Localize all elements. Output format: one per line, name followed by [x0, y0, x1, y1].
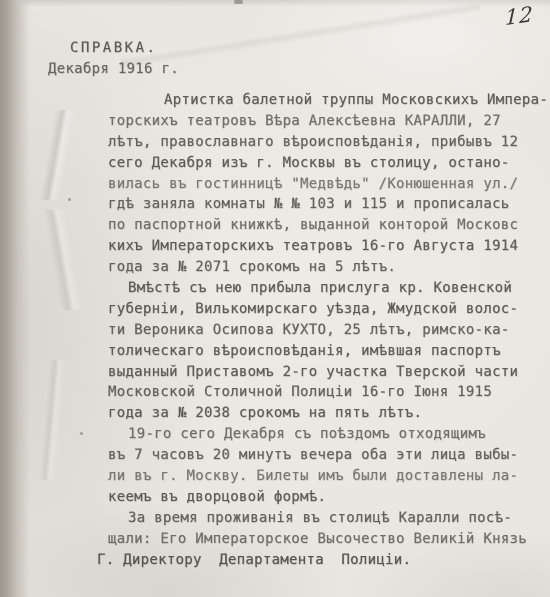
scanned-document-page: 12 СПРАВКА. Декабря 1916 г. Артистка бал…: [0, 0, 550, 597]
text-line: 19-го сего Декабря съ поѣздомъ отходящим…: [108, 424, 550, 445]
text-line: лѣтъ, православнаго вѣроисповѣданія, при…: [108, 132, 550, 153]
text-line: сего Декабря изъ г. Москвы въ столицу, о…: [108, 153, 550, 174]
text-line: Вмѣстѣ съ нею прибыла прислуга кр. Ковен…: [108, 278, 550, 299]
text-line: кеемъ въ дворцовой формѣ.: [108, 487, 550, 508]
text-line: торскихъ театровъ Вѣра Алексѣевна КАРАЛЛ…: [108, 111, 550, 132]
text-line: года за № 2071 срокомъ на 5 лѣтъ.: [108, 257, 550, 278]
text-line: въ 7 часовъ 20 минутъ вечера оба эти лиц…: [108, 445, 550, 466]
paper-crease: [120, 0, 480, 70]
page-number-handwritten: 12: [505, 2, 534, 30]
text-line: года за № 2038 срокомъ на пять лѣтъ.: [108, 403, 550, 424]
paper-speck: [234, 0, 243, 4]
text-line: За время проживанія въ столицѣ Каралли п…: [108, 508, 550, 529]
text-line: кихъ Императорскихъ театровъ 16-го Авгус…: [108, 236, 550, 257]
text-line: губерніи, Вилькомирскаго уѣзда, Жмудской…: [108, 299, 550, 320]
text-line: толическаго вѣроисповѣданія, имѣвшая пас…: [108, 341, 550, 362]
text-line: Московской Столичной Полиціи 16-го Іюня …: [108, 382, 550, 403]
text-line: вилась въ гостинницѣ "Медвѣдь" /Конюшенн…: [108, 174, 550, 195]
text-line: выданный Приставомъ 2-го участка Тверско…: [108, 362, 550, 383]
document-title: СПРАВКА.: [70, 40, 157, 56]
page-edge-shadow: [0, 0, 30, 597]
document-footer-addressee: Г. Директору Департамента Полиціи.: [97, 552, 411, 568]
paper-speck: [80, 432, 83, 435]
document-date: Декабря 1916 г.: [48, 61, 179, 77]
document-body: Артистка балетной труппы Московскихъ Имп…: [108, 90, 550, 550]
text-line: по паспортной книжкѣ, выданной конторой …: [108, 215, 550, 236]
text-line: Артистка балетной труппы Московскихъ Имп…: [108, 90, 550, 111]
text-line: щали: Его Императорское Высочество Велик…: [108, 529, 550, 550]
text-line: гдѣ заняла комнаты № № 103 и 115 и пропи…: [108, 194, 550, 215]
paper-speck: [68, 198, 71, 201]
text-line: ли въ г. Москву. Билеты имъ были доставл…: [108, 466, 550, 487]
text-line: ти Вероника Осипова КУХТО, 25 лѣтъ, римс…: [108, 320, 550, 341]
